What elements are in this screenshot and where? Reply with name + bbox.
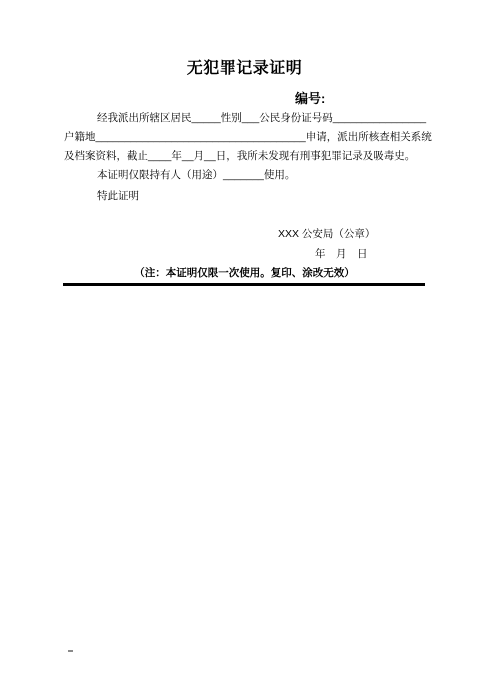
document-title: 无犯罪记录证明: [0, 55, 489, 78]
issuer-seal-line: XXX 公安局（公章）: [278, 226, 375, 241]
body-line-hereby-certified: 特此证明: [64, 187, 425, 206]
double-horizontal-rule: [63, 283, 425, 286]
body-line-household-address: 户籍地____________________________________申…: [64, 128, 425, 147]
document-page: 无犯罪记录证明 编号: 经我派出所辖区居民_____性别___公民身份证号码__…: [0, 0, 489, 692]
document-number-label: 编号:: [295, 88, 325, 107]
body-line-record-check: 及档案资料，截止____年__月__日，我所未发现有刑事犯罪记录及吸毒史。: [64, 147, 425, 166]
date-line: 年 月 日: [315, 246, 368, 261]
stray-mark: [68, 650, 73, 652]
usage-note: （注：本证明仅限一次使用。复印、涂改无效）: [0, 265, 489, 280]
body-line-usage-restriction: 本证明仅限持有人（用途）_______使用。: [64, 166, 425, 185]
body-line-resident-info: 经我派出所辖区居民_____性别___公民身份证号码______________…: [64, 109, 425, 128]
document-body: 经我派出所辖区居民_____性别___公民身份证号码______________…: [64, 109, 425, 206]
